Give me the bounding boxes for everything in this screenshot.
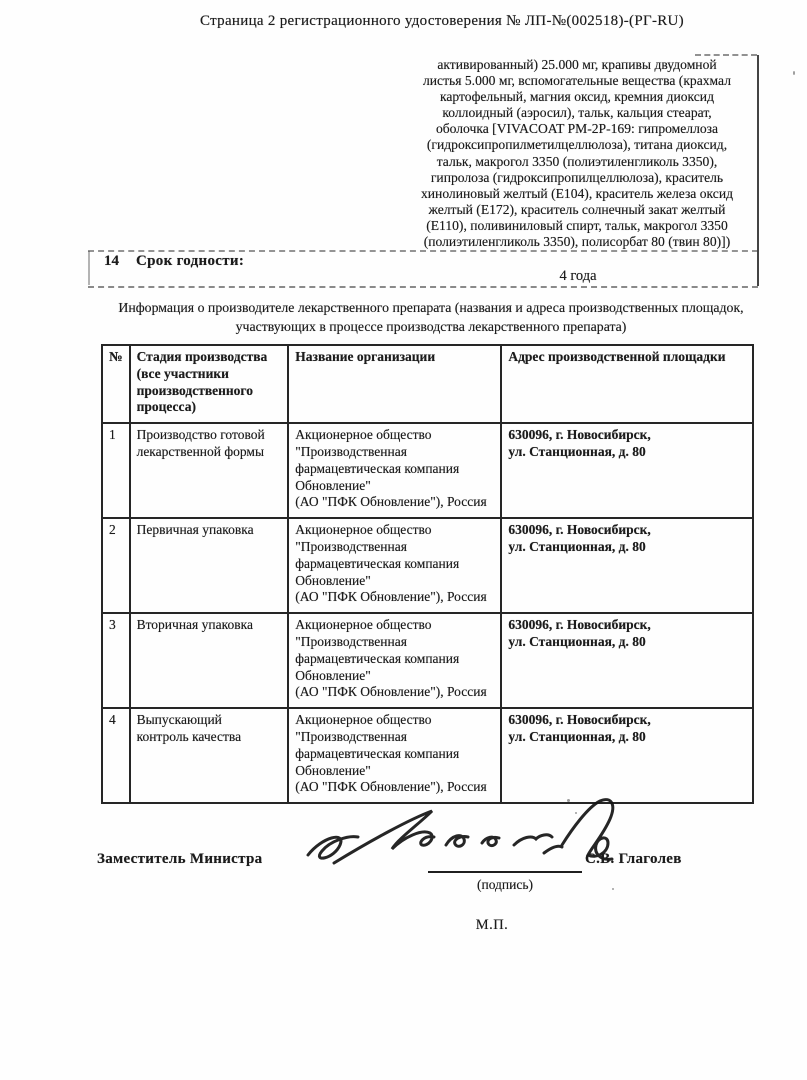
shelf-life-value: 4 года — [400, 268, 756, 285]
organization-cell: Акционерное общество "Производственная ф… — [288, 613, 501, 708]
row-number: 3 — [102, 613, 130, 708]
scan-speck — [567, 799, 570, 802]
row-divider-dashed-top — [88, 250, 758, 252]
minister-title: Заместитель Министра — [97, 851, 262, 868]
address-cell: 630096, г. Новосибирск, ул. Станционная,… — [501, 423, 753, 518]
row-number: 1 — [102, 423, 130, 518]
table-row: 2 Первичная упаковка Акционерное обществ… — [102, 518, 753, 613]
row-number: 2 — [102, 518, 130, 613]
address-cell: 630096, г. Новосибирск, ул. Станционная,… — [501, 708, 753, 803]
manufacturer-table: № Стадия производства (все участники про… — [101, 344, 754, 804]
shelf-life-label: Срок годности: — [136, 253, 244, 270]
shelf-life-row-number: 14 — [104, 253, 119, 270]
handwritten-signature — [300, 793, 630, 883]
column-header-organization: Название организации — [288, 345, 501, 423]
table-row: 4 Выпускающий контроль качества Акционер… — [102, 708, 753, 803]
manufacturer-info-heading: Информация о производителе лекарственног… — [74, 299, 788, 336]
table-row: 3 Вторичная упаковка Акционерное обществ… — [102, 613, 753, 708]
table-header-row: № Стадия производства (все участники про… — [102, 345, 753, 423]
signature-caption: (подпись) — [428, 877, 582, 893]
ingredients-continuation-text: активированный) 25.000 мг, крапивы двудо… — [398, 57, 756, 250]
scan-speck — [793, 71, 795, 75]
row-number: 4 — [102, 708, 130, 803]
address-cell: 630096, г. Новосибирск, ул. Станционная,… — [501, 518, 753, 613]
signer-name: С.В. Глаголев — [585, 851, 682, 868]
organization-cell: Акционерное общество "Производственная ф… — [288, 708, 501, 803]
organization-cell: Акционерное общество "Производственная ф… — [288, 518, 501, 613]
stage-cell: Производство готовой лекарственной формы — [130, 423, 289, 518]
table-top-border-tick — [695, 54, 757, 56]
stage-cell: Первичная упаковка — [130, 518, 289, 613]
page-title: Страница 2 регистрационного удостоверени… — [112, 13, 772, 30]
scan-speck — [612, 888, 614, 890]
column-header-stage: Стадия производства (все участники произ… — [130, 345, 289, 423]
stage-cell: Вторичная упаковка — [130, 613, 289, 708]
row-left-border-tick — [88, 251, 90, 285]
table-row: 1 Производство готовой лекарственной фор… — [102, 423, 753, 518]
address-cell: 630096, г. Новосибирск, ул. Станционная,… — [501, 613, 753, 708]
scanned-certificate-page: Страница 2 регистрационного удостоверени… — [0, 0, 807, 1080]
column-header-number: № — [102, 345, 130, 423]
stamp-placeholder: М.П. — [412, 917, 572, 934]
column-header-address: Адрес производственной площадки — [501, 345, 753, 423]
scan-speck — [575, 812, 577, 814]
organization-cell: Акционерное общество "Производственная ф… — [288, 423, 501, 518]
row-divider-dashed-bottom — [88, 286, 758, 288]
stage-cell: Выпускающий контроль качества — [130, 708, 289, 803]
signature-line — [428, 871, 582, 873]
